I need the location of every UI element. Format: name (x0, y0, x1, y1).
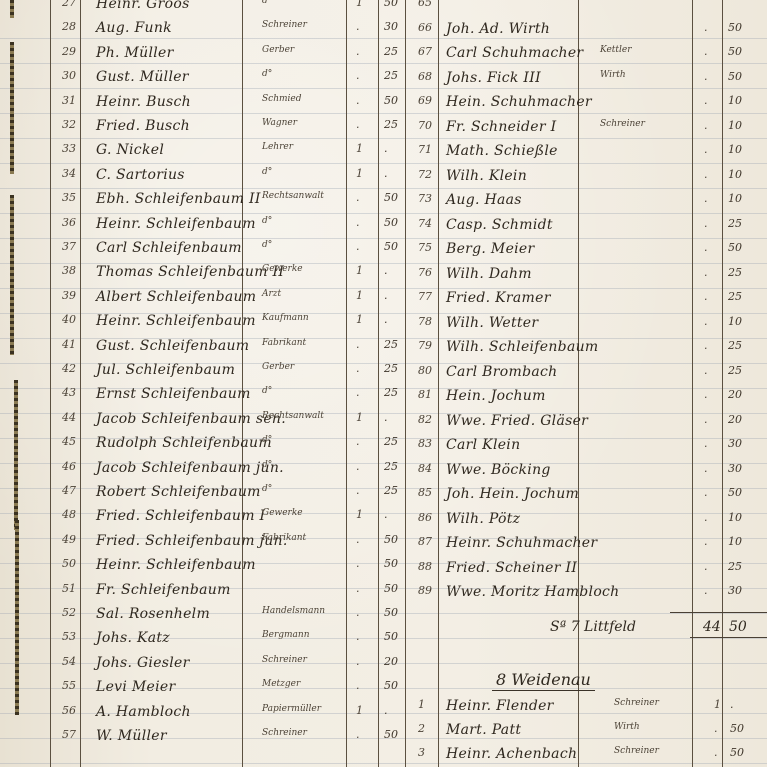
entry-name: Fried. Scheiner II (446, 560, 577, 576)
entry-name: Jacob Schleifenbaum jun. (96, 460, 284, 476)
entry-thaler: 1 (356, 508, 363, 521)
entry-number: 30 (62, 69, 76, 82)
entry-sgr: . (384, 142, 388, 155)
entry-number: 36 (62, 216, 76, 229)
entry-thaler: . (356, 118, 360, 131)
entry-number: 76 (418, 266, 432, 279)
entry-thaler: . (714, 722, 718, 735)
entry-sgr: 25 (384, 484, 398, 497)
entry-number: 49 (62, 533, 76, 546)
entry-number: 52 (62, 606, 76, 619)
entry-name: Mart. Patt (446, 722, 521, 738)
entry-number: 41 (62, 338, 76, 351)
entry-occupation: d° (262, 240, 272, 250)
entry-number: 35 (62, 191, 76, 204)
subtotal-thaler: 44 (703, 619, 721, 635)
entry-thaler: . (356, 386, 360, 399)
entry-sgr: 10 (728, 511, 742, 524)
entry-sgr: 25 (728, 290, 742, 303)
entry-occupation: Fabrikant (262, 338, 306, 348)
entry-occupation: Gewerke (262, 264, 303, 274)
column-rule (722, 0, 723, 767)
entry-occupation: d° (262, 216, 272, 226)
binding-thread (10, 0, 14, 18)
entry-occupation: Gerber (262, 45, 294, 55)
entry-number: 55 (62, 679, 76, 692)
entry-name: Fr. Schneider I (446, 119, 556, 135)
entry-sgr: . (384, 411, 388, 424)
entry-number: 57 (62, 728, 76, 741)
entry-name: Gust. Schleifenbaum (96, 338, 249, 354)
entry-sgr: 50 (384, 606, 398, 619)
entry-occupation: Schreiner (600, 119, 645, 129)
binding-thread (10, 42, 14, 174)
entry-name: Rudolph Schleifenbaum (96, 435, 272, 451)
entry-thaler: . (704, 315, 708, 328)
entry-sgr: 30 (728, 462, 742, 475)
entry-sgr: 20 (728, 413, 742, 426)
entry-thaler: 1 (356, 289, 363, 302)
entry-name: Heinr. Groos (96, 0, 190, 12)
entry-occupation: d° (262, 435, 272, 445)
entry-number: 68 (418, 70, 432, 83)
entry-name: Wilh. Dahm (446, 266, 532, 282)
entry-occupation: d° (262, 69, 272, 79)
section-title: 8 Weidenau (492, 670, 595, 691)
entry-occupation: Schreiner (614, 746, 659, 756)
entry-number: 34 (62, 167, 76, 180)
entry-thaler: . (704, 437, 708, 450)
entry-thaler: . (704, 217, 708, 230)
entry-number: 48 (62, 508, 76, 521)
entry-occupation: Gerber (262, 362, 294, 372)
entry-sgr: 10 (728, 168, 742, 181)
entry-name: Heinr. Achenbach (446, 746, 577, 762)
entry-occupation: Arzt (262, 289, 281, 299)
entry-name: Fr. Schleifenbaum (96, 582, 231, 598)
column-rule (346, 0, 347, 767)
entry-name: Albert Schleifenbaum (96, 289, 256, 305)
entry-number: 29 (62, 45, 76, 58)
entry-thaler: . (356, 94, 360, 107)
entry-sgr: 50 (384, 216, 398, 229)
page-ruling (0, 0, 767, 767)
entry-occupation: Lehrer (262, 142, 293, 152)
entry-sgr: 10 (728, 94, 742, 107)
entry-thaler: . (704, 535, 708, 548)
entry-occupation: Gewerke (262, 508, 303, 518)
entry-number: 38 (62, 264, 76, 277)
entry-thaler: 1 (714, 698, 721, 711)
entry-thaler: . (356, 679, 360, 692)
column-rule (438, 0, 439, 767)
entry-thaler: . (356, 460, 360, 473)
entry-thaler: . (356, 338, 360, 351)
entry-number: 28 (62, 20, 76, 33)
entry-number: 39 (62, 289, 76, 302)
entry-occupation: Schreiner (262, 20, 307, 30)
entry-thaler: . (704, 584, 708, 597)
entry-number: 67 (418, 45, 432, 58)
entry-name: W. Müller (96, 728, 167, 744)
entry-sgr: 25 (384, 362, 398, 375)
entry-occupation: Schreiner (262, 728, 307, 738)
entry-name: Johs. Giesler (96, 655, 190, 671)
entry-number: 70 (418, 119, 432, 132)
entry-sgr: 50 (384, 533, 398, 546)
entry-name: Ebh. Schleifenbaum II (96, 191, 261, 207)
entry-number: 89 (418, 584, 432, 597)
entry-sgr: 25 (728, 339, 742, 352)
entry-sgr: 50 (384, 191, 398, 204)
entry-occupation: Schreiner (262, 655, 307, 665)
entry-thaler: 1 (356, 264, 363, 277)
entry-thaler: 1 (356, 313, 363, 326)
entry-name: Wwe. Fried. Gläser (446, 413, 588, 429)
entry-number: 45 (62, 435, 76, 448)
entry-name: Carl Brombach (446, 364, 557, 380)
entry-thaler: . (356, 630, 360, 643)
entry-occupation: d° (262, 0, 272, 6)
entry-name: Jul. Schleifenbaum (96, 362, 235, 378)
entry-thaler: . (356, 69, 360, 82)
entry-thaler: . (704, 45, 708, 58)
entry-sgr: 50 (384, 679, 398, 692)
column-rule (80, 0, 81, 767)
entry-occupation: Metzger (262, 679, 300, 689)
entry-occupation: Bergmann (262, 630, 310, 640)
entry-number: 3 (418, 746, 425, 759)
entry-thaler: . (704, 168, 708, 181)
binding-thread (15, 520, 19, 715)
entry-name: Carl Schleifenbaum (96, 240, 242, 256)
entry-name: Berg. Meier (446, 241, 535, 257)
entry-name: Heinr. Busch (96, 94, 191, 110)
entry-name: Ernst Schleifenbaum (96, 386, 251, 402)
entry-number: 47 (62, 484, 76, 497)
entry-number: 46 (62, 460, 76, 473)
entry-name: Joh. Ad. Wirth (446, 21, 550, 37)
entry-occupation: Schreiner (614, 698, 659, 708)
entry-number: 40 (62, 313, 76, 326)
entry-number: 78 (418, 315, 432, 328)
entry-name: Wilh. Pötz (446, 511, 520, 527)
entry-number: 51 (62, 582, 76, 595)
subtotal-top-rule (670, 612, 767, 613)
entry-sgr: . (384, 289, 388, 302)
entry-sgr: 25 (728, 560, 742, 573)
entry-thaler: 1 (356, 411, 363, 424)
entry-number: 72 (418, 168, 432, 181)
entry-thaler: . (704, 192, 708, 205)
entry-thaler: . (704, 70, 708, 83)
entry-sgr: 25 (728, 364, 742, 377)
entry-sgr: 50 (384, 94, 398, 107)
entry-name: Johs. Katz (96, 630, 170, 646)
entry-sgr: . (730, 698, 734, 711)
entry-number: 54 (62, 655, 76, 668)
column-rule (378, 0, 379, 767)
entry-number: 71 (418, 143, 432, 156)
binding-thread (14, 380, 18, 530)
column-rule (242, 0, 243, 767)
entry-name: Wilh. Schleifenbaum (446, 339, 599, 355)
entry-name: Heinr. Flender (446, 698, 554, 714)
entry-sgr: 10 (728, 192, 742, 205)
entry-number: 82 (418, 413, 432, 426)
entry-thaler: . (704, 364, 708, 377)
entry-name: Fried. Kramer (446, 290, 551, 306)
entry-number: 32 (62, 118, 76, 131)
entry-thaler: . (704, 241, 708, 254)
entry-name: Math. Schießle (446, 143, 558, 159)
entry-occupation: Schmied (262, 94, 302, 104)
entry-number: 87 (418, 535, 432, 548)
entry-sgr: 50 (384, 0, 398, 9)
entry-thaler: . (704, 486, 708, 499)
entry-sgr: 50 (728, 70, 742, 83)
entry-sgr: 25 (384, 435, 398, 448)
entry-number: 74 (418, 217, 432, 230)
entry-name: Casp. Schmidt (446, 217, 553, 233)
entry-thaler: . (704, 94, 708, 107)
entry-name: Wwe. Moritz Hambloch (446, 584, 620, 600)
entry-name: Levi Meier (96, 679, 176, 695)
entry-number: 37 (62, 240, 76, 253)
entry-number: 85 (418, 486, 432, 499)
entry-sgr: 10 (728, 143, 742, 156)
entry-thaler: . (356, 216, 360, 229)
entry-thaler: . (356, 655, 360, 668)
entry-occupation: Fabrikant (262, 533, 306, 543)
entry-sgr: 25 (384, 69, 398, 82)
entry-sgr: 25 (384, 460, 398, 473)
binding-thread (10, 195, 14, 355)
entry-sgr: 30 (728, 584, 742, 597)
entry-name: Carl Klein (446, 437, 520, 453)
entry-name: Carl Schuhmacher (446, 45, 583, 61)
entry-thaler: . (704, 462, 708, 475)
entry-sgr: 20 (728, 388, 742, 401)
entry-thaler: . (704, 413, 708, 426)
entry-name: Ph. Müller (96, 45, 174, 61)
entry-sgr: 50 (728, 21, 742, 34)
entry-name: Fried. Busch (96, 118, 190, 134)
entry-sgr: 25 (728, 217, 742, 230)
entry-number: 44 (62, 411, 76, 424)
entry-thaler: . (704, 119, 708, 132)
entry-occupation: d° (262, 484, 272, 494)
entry-sgr: 10 (728, 119, 742, 132)
column-rule (692, 0, 693, 767)
entry-number: 66 (418, 21, 432, 34)
entry-sgr: 50 (730, 722, 744, 735)
entry-sgr: 25 (728, 266, 742, 279)
entry-name: Hein. Schuhmacher (446, 94, 592, 110)
entry-sgr: . (384, 704, 388, 717)
entry-sgr: 25 (384, 338, 398, 351)
entry-number: 83 (418, 437, 432, 450)
entry-sgr: . (384, 264, 388, 277)
entry-name: Joh. Hein. Jochum (446, 486, 579, 502)
entry-number: 77 (418, 290, 432, 303)
entry-name: Fried. Schleifenbaum I (96, 508, 265, 524)
entry-name: Aug. Haas (446, 192, 522, 208)
entry-occupation: Wirth (600, 70, 626, 80)
entry-thaler: 1 (356, 142, 363, 155)
entry-name: Johs. Fick III (446, 70, 541, 86)
entry-thaler: . (704, 511, 708, 524)
entry-occupation: d° (262, 460, 272, 470)
entry-thaler: . (356, 20, 360, 33)
entry-thaler: . (704, 143, 708, 156)
entry-name: Sal. Rosenhelm (96, 606, 210, 622)
entry-number: 86 (418, 511, 432, 524)
entry-thaler: . (356, 557, 360, 570)
entry-sgr: . (384, 508, 388, 521)
entry-sgr: . (384, 313, 388, 326)
entry-sgr: 50 (384, 728, 398, 741)
entry-number: 73 (418, 192, 432, 205)
entry-name: Wwe. Böcking (446, 462, 551, 478)
entry-number: 56 (62, 704, 76, 717)
entry-number: 43 (62, 386, 76, 399)
entry-sgr: 20 (384, 655, 398, 668)
entry-name: Gust. Müller (96, 69, 189, 85)
entry-occupation: Rechtsanwalt (262, 411, 324, 421)
entry-thaler: . (356, 533, 360, 546)
entry-number: 84 (418, 462, 432, 475)
entry-number: 65 (418, 0, 432, 9)
entry-occupation: Papiermüller (262, 704, 321, 714)
entry-thaler: . (356, 362, 360, 375)
column-rule (50, 0, 51, 767)
entry-name: Heinr. Schuhmacher (446, 535, 597, 551)
entry-name: Aug. Funk (96, 20, 172, 36)
entry-occupation: Kaufmann (262, 313, 309, 323)
ledger-page: 27 Heinr. Groos d° 1 50 28 Aug. Funk Sch… (0, 0, 767, 767)
entry-sgr: 25 (384, 45, 398, 58)
entry-sgr: 50 (728, 241, 742, 254)
entry-name: Heinr. Schleifenbaum (96, 216, 256, 232)
entry-sgr: . (384, 167, 388, 180)
entry-number: 27 (62, 0, 76, 9)
entry-number: 31 (62, 94, 76, 107)
entry-number: 50 (62, 557, 76, 570)
entry-thaler: . (356, 728, 360, 741)
column-rule (578, 0, 579, 767)
entry-thaler: . (714, 746, 718, 759)
entry-occupation: Rechtsanwalt (262, 191, 324, 201)
entry-name: Wilh. Klein (446, 168, 527, 184)
entry-sgr: 25 (384, 118, 398, 131)
entry-number: 79 (418, 339, 432, 352)
entry-sgr: 50 (384, 582, 398, 595)
entry-number: 69 (418, 94, 432, 107)
entry-name: Robert Schleifenbaum (96, 484, 261, 500)
entry-thaler: . (704, 266, 708, 279)
column-rule (405, 0, 406, 767)
entry-sgr: 25 (384, 386, 398, 399)
entry-number: 1 (418, 698, 425, 711)
entry-number: 80 (418, 364, 432, 377)
entry-number: 88 (418, 560, 432, 573)
entry-number: 53 (62, 630, 76, 643)
entry-occupation: Kettler (600, 45, 632, 55)
entry-name: Jacob Schleifenbaum sen. (96, 411, 286, 427)
entry-thaler: . (704, 388, 708, 401)
entry-number: 2 (418, 722, 425, 735)
entry-thaler: . (356, 484, 360, 497)
entry-thaler: . (356, 45, 360, 58)
entry-name: Heinr. Schleifenbaum (96, 557, 256, 573)
entry-name: Hein. Jochum (446, 388, 546, 404)
entry-thaler: . (356, 606, 360, 619)
entry-number: 42 (62, 362, 76, 375)
entry-name: Wilh. Wetter (446, 315, 538, 331)
entry-name: Thomas Schleifenbaum II (96, 264, 284, 280)
subtotal-bottom-rule (690, 637, 767, 638)
entry-thaler: . (356, 435, 360, 448)
entry-name: G. Nickel (96, 142, 164, 158)
entry-thaler: . (356, 240, 360, 253)
entry-name: Heinr. Schleifenbaum (96, 313, 256, 329)
entry-thaler: . (356, 191, 360, 204)
entry-sgr: 50 (384, 557, 398, 570)
entry-occupation: Handelsmann (262, 606, 325, 616)
entry-occupation: Wirth (614, 722, 640, 732)
entry-sgr: 50 (384, 630, 398, 643)
entry-thaler: 1 (356, 0, 363, 9)
entry-thaler: . (704, 339, 708, 352)
entry-sgr: 10 (728, 535, 742, 548)
entry-number: 81 (418, 388, 432, 401)
entry-sgr: 30 (728, 437, 742, 450)
entry-thaler: . (356, 582, 360, 595)
entry-thaler: 1 (356, 167, 363, 180)
entry-number: 33 (62, 142, 76, 155)
entry-thaler: . (704, 290, 708, 303)
entry-thaler: 1 (356, 704, 363, 717)
entry-thaler: . (704, 560, 708, 573)
subtotal-label: Sª 7 Littfeld (550, 619, 636, 635)
entry-sgr: 50 (728, 486, 742, 499)
entry-occupation: d° (262, 167, 272, 177)
entry-name: A. Hambloch (96, 704, 191, 720)
entry-occupation: d° (262, 386, 272, 396)
entry-sgr: 10 (728, 315, 742, 328)
subtotal-sgr: 50 (729, 619, 747, 635)
entry-sgr: 50 (730, 746, 744, 759)
entry-sgr: 50 (384, 240, 398, 253)
entry-number: 75 (418, 241, 432, 254)
entry-thaler: . (704, 21, 708, 34)
entry-sgr: 30 (384, 20, 398, 33)
entry-name: Fried. Schleifenbaum jun. (96, 533, 288, 549)
entry-occupation: Wagner (262, 118, 297, 128)
entry-sgr: 50 (728, 45, 742, 58)
entry-name: C. Sartorius (96, 167, 185, 183)
